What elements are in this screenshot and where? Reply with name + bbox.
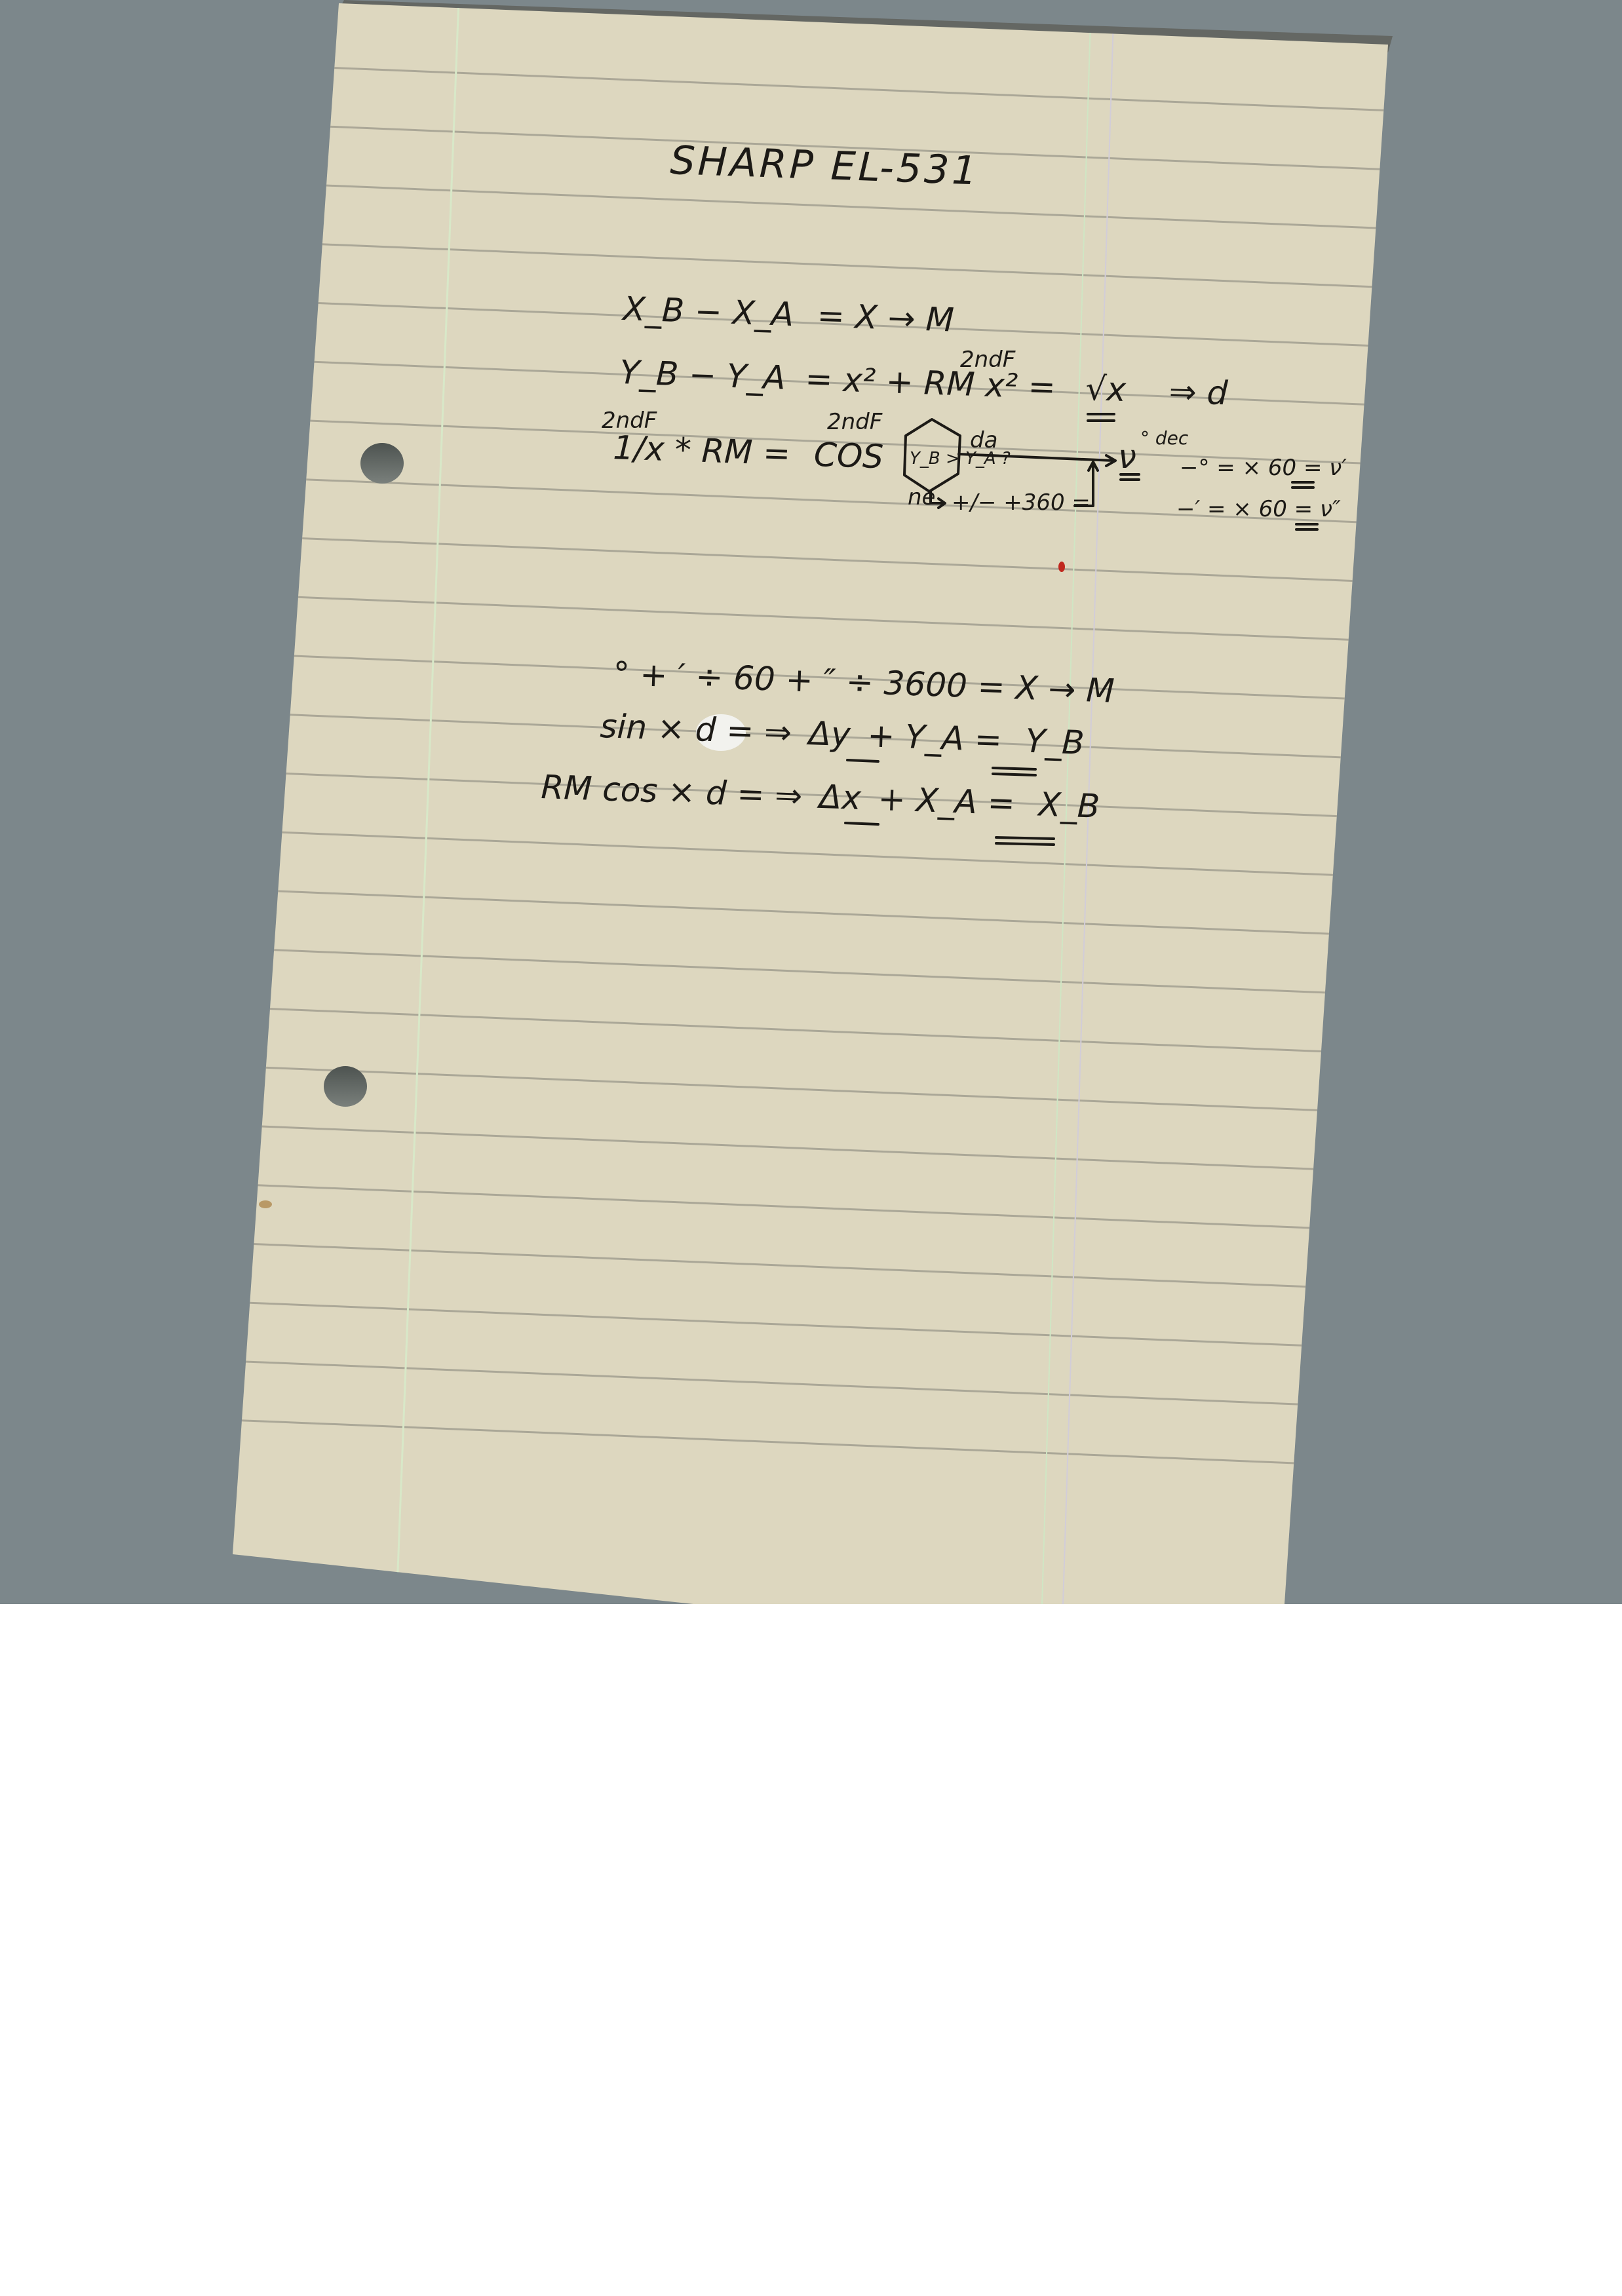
yes-branch-label: da [970, 427, 997, 453]
conversion-seconds: −′ = × 60 = ν″ [1176, 496, 1341, 522]
notebook-page: SHARP EL-531 X_B − X_A = X → M 2ndF Y_B … [0, 0, 1622, 1604]
key-annotation-2ndf-2: 2ndF [827, 409, 883, 435]
punch-hole-top [360, 443, 404, 484]
angle-result-nu: ν [1118, 438, 1136, 476]
punch-hole-bottom [324, 1066, 367, 1107]
no-branch-operation: +/− +360 = [952, 489, 1091, 516]
result-degree-dec-note: ° dec [1140, 427, 1189, 449]
conversion-minutes: −° = × 60 = ν′ [1180, 455, 1347, 481]
stain-mark [259, 1200, 272, 1208]
red-ink-mark [1058, 562, 1065, 572]
